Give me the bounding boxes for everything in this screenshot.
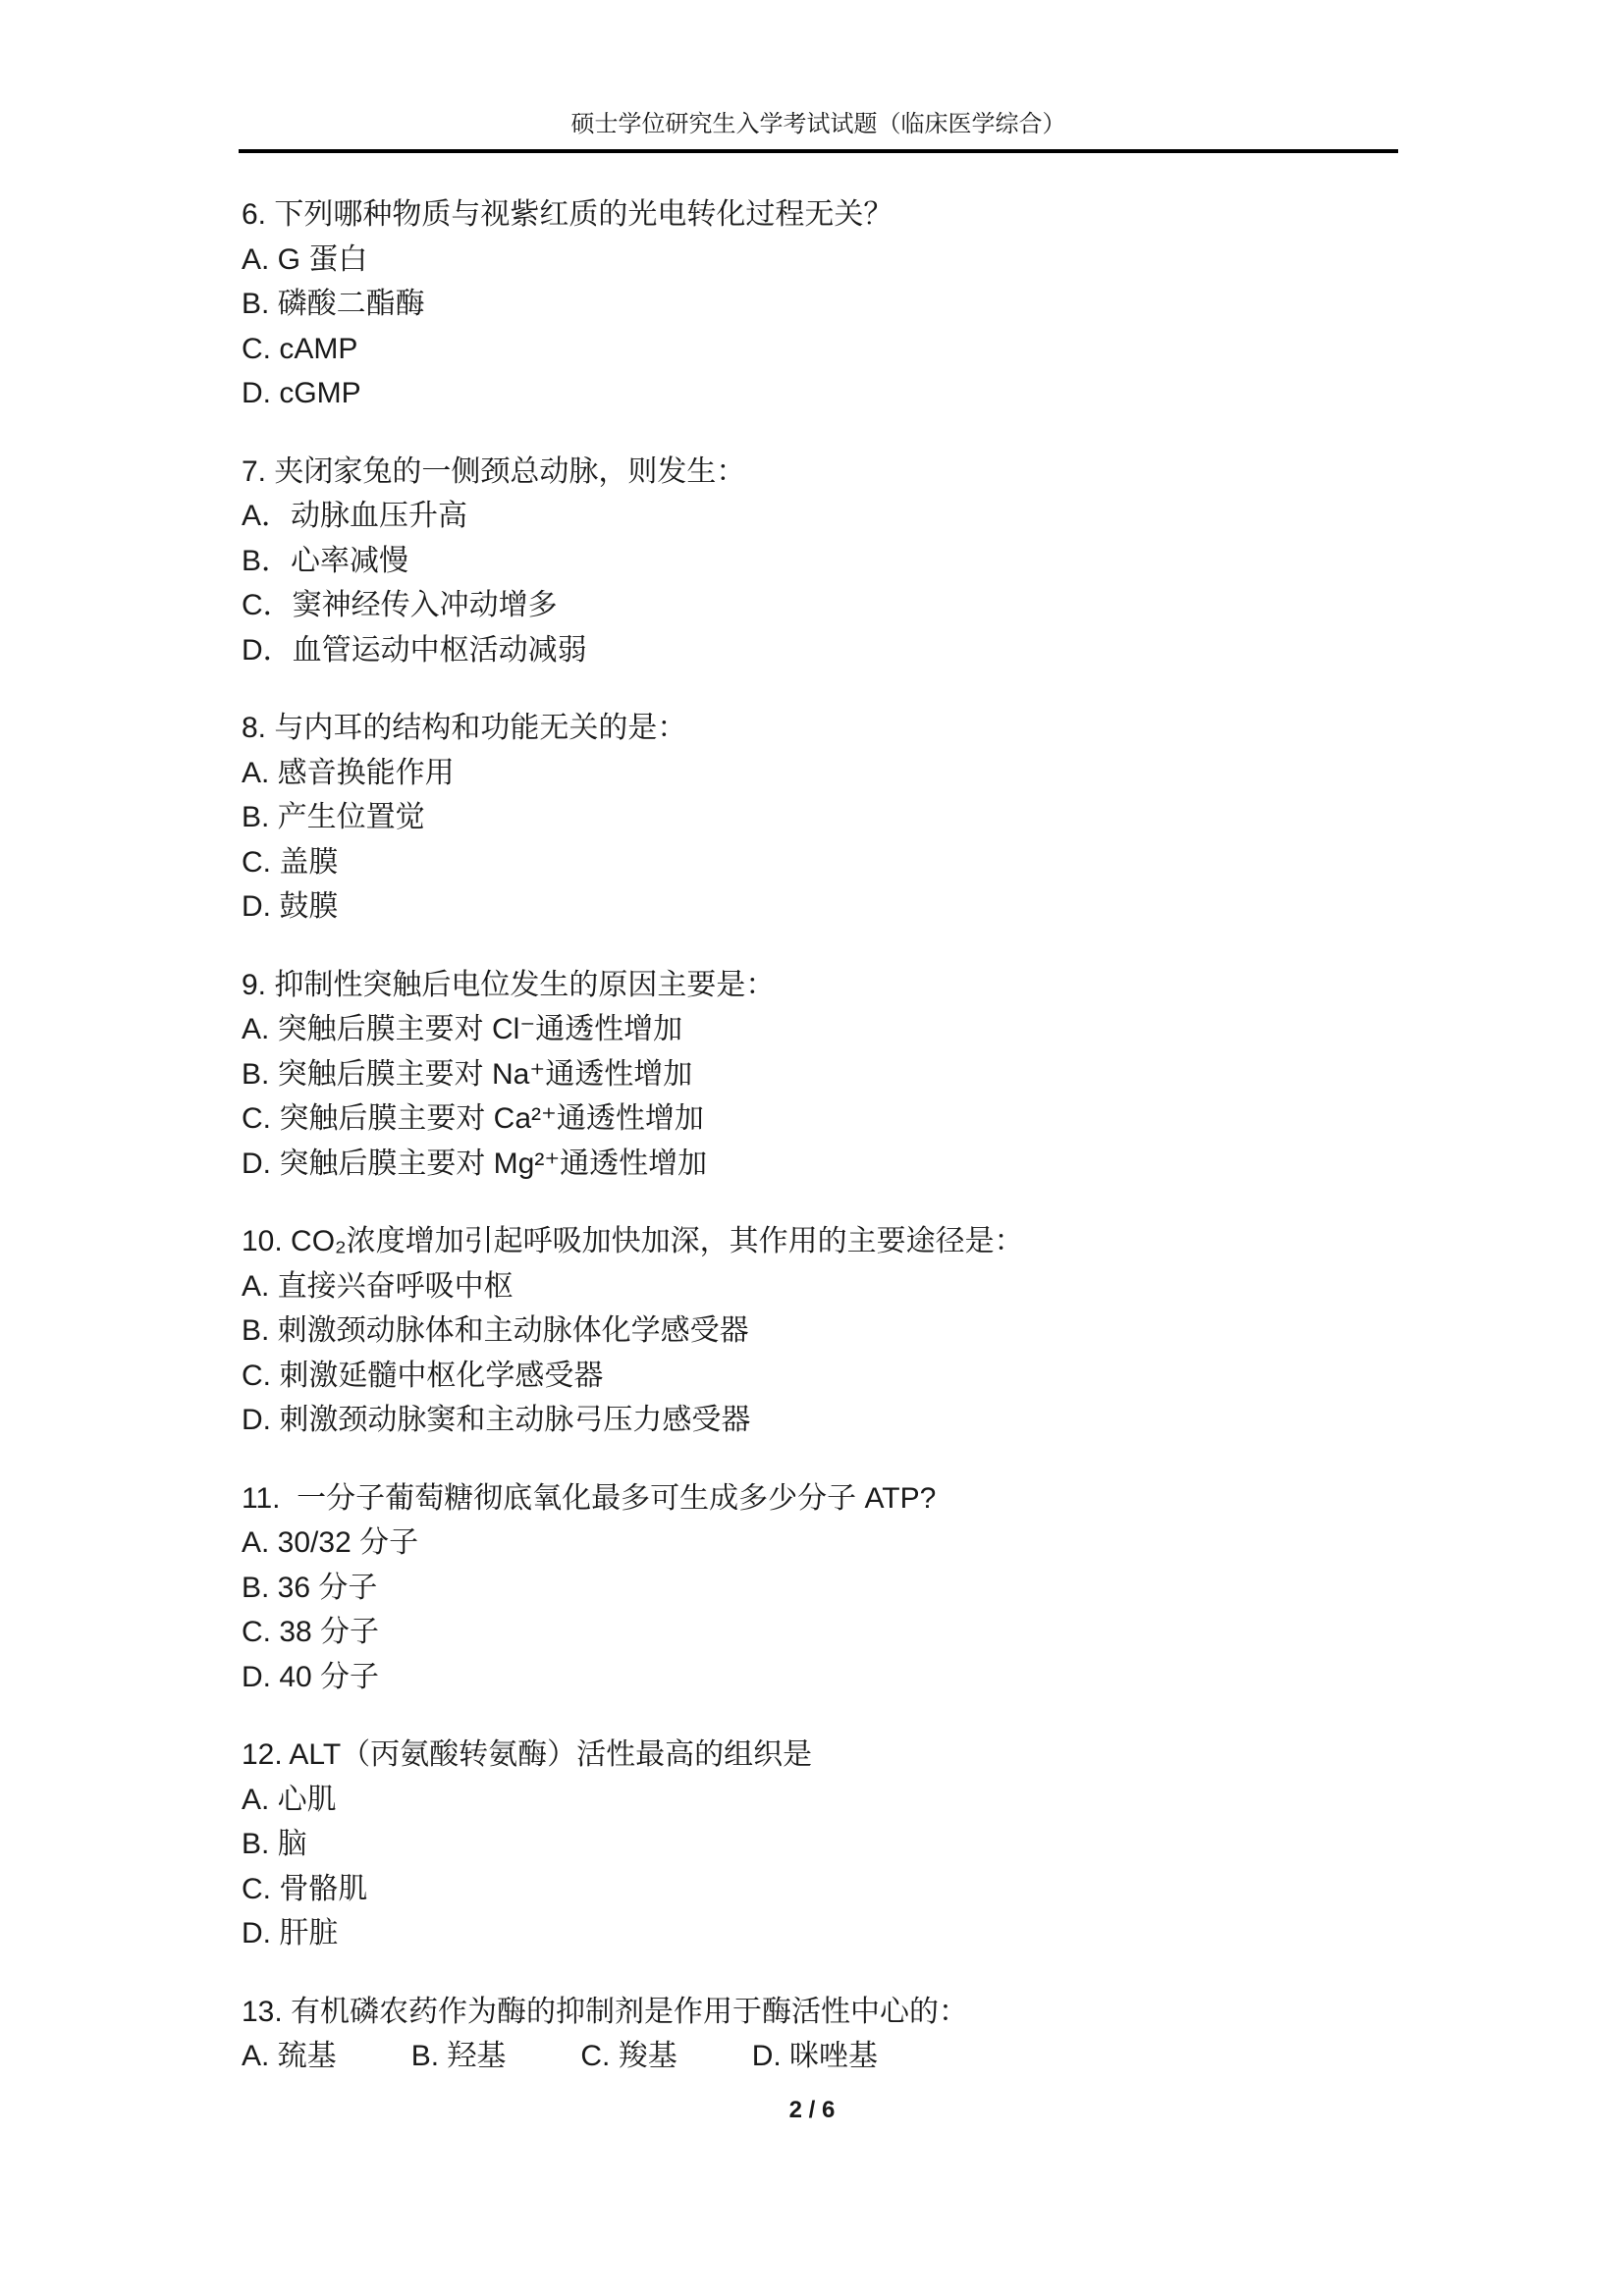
question-11-option-a: A. 30/32 分子 bbox=[242, 1521, 1400, 1566]
question-8-stem: 8. 与内耳的结构和功能无关的是： bbox=[242, 706, 1400, 751]
question-12-option-b: B. 脑 bbox=[242, 1822, 1400, 1867]
question-11-stem: 11. 一分子葡萄糖彻底氧化最多可生成多少分子 ATP? bbox=[242, 1476, 1400, 1522]
exam-title: 硕士学位研究生入学考试试题（临床医学综合） bbox=[239, 0, 1398, 149]
question-7-option-d: D．血管运动中枢活动减弱 bbox=[242, 628, 1400, 673]
question-9-option-d: D. 突触后膜主要对 Mg²⁺通透性增加 bbox=[242, 1142, 1400, 1187]
question-11-option-c: C. 38 分子 bbox=[242, 1610, 1400, 1655]
page-number: 2 / 6 bbox=[0, 2097, 1624, 2124]
question-12-option-a: A. 心肌 bbox=[242, 1778, 1400, 1823]
question-12-stem: 12. ALT（丙氨酸转氨酶）活性最高的组织是 bbox=[242, 1733, 1400, 1778]
question-7-option-a: A．动脉血压升高 bbox=[242, 494, 1400, 539]
question-10-option-b: B. 刺激颈动脉体和主动脉体化学感受器 bbox=[242, 1308, 1400, 1354]
question-10-stem: 10. CO₂浓度增加引起呼吸加快加深，其作用的主要途径是： bbox=[242, 1219, 1400, 1264]
question-12: 12. ALT（丙氨酸转氨酶）活性最高的组织是 A. 心肌 B. 脑 C. 骨骼… bbox=[242, 1733, 1400, 1956]
question-9-option-a: A. 突触后膜主要对 Cl⁻通透性增加 bbox=[242, 1007, 1400, 1052]
page-header: 硕士学位研究生入学考试试题（临床医学综合） bbox=[239, 0, 1398, 153]
question-6: 6. 下列哪种物质与视紫红质的光电转化过程无关？ A. G 蛋白 B. 磷酸二酯… bbox=[242, 192, 1400, 416]
question-11: 11. 一分子葡萄糖彻底氧化最多可生成多少分子 ATP? A. 30/32 分子… bbox=[242, 1476, 1400, 1700]
question-6-option-a: A. G 蛋白 bbox=[242, 238, 1400, 283]
question-12-option-c: C. 骨骼肌 bbox=[242, 1867, 1400, 1912]
question-11-option-d: D. 40 分子 bbox=[242, 1655, 1400, 1700]
question-7-option-c: C．窦神经传入冲动增多 bbox=[242, 583, 1400, 628]
question-10-option-a: A. 直接兴奋呼吸中枢 bbox=[242, 1264, 1400, 1309]
exam-page: 硕士学位研究生入学考试试题（临床医学综合） 6. 下列哪种物质与视紫红质的光电转… bbox=[0, 0, 1624, 2296]
question-7-option-b: B．心率减慢 bbox=[242, 539, 1400, 584]
question-8-option-c: C. 盖膜 bbox=[242, 840, 1400, 885]
questions-area: 6. 下列哪种物质与视紫红质的光电转化过程无关？ A. G 蛋白 B. 磷酸二酯… bbox=[242, 192, 1400, 2112]
question-10-option-c: C. 刺激延髓中枢化学感受器 bbox=[242, 1354, 1400, 1399]
question-6-option-b: B. 磷酸二酯酶 bbox=[242, 282, 1400, 327]
question-8: 8. 与内耳的结构和功能无关的是： A. 感音换能作用 B. 产生位置觉 C. … bbox=[242, 706, 1400, 930]
question-11-option-b: B. 36 分子 bbox=[242, 1566, 1400, 1611]
question-13-option-d: D. 咪唑基 bbox=[752, 2034, 878, 2079]
question-13: 13. 有机磷农药作为酶的抑制剂是作用于酶活性中心的： A. 巯基 B. 羟基 … bbox=[242, 1990, 1400, 2079]
question-13-option-b: B. 羟基 bbox=[411, 2034, 507, 2079]
question-13-options: A. 巯基 B. 羟基 C. 羧基 D. 咪唑基 bbox=[242, 2034, 1400, 2079]
question-8-option-d: D. 鼓膜 bbox=[242, 884, 1400, 930]
question-8-option-a: A. 感音换能作用 bbox=[242, 751, 1400, 796]
question-6-option-c: C. cAMP bbox=[242, 327, 1400, 372]
header-divider bbox=[239, 149, 1398, 153]
question-9-stem: 9. 抑制性突触后电位发生的原因主要是： bbox=[242, 963, 1400, 1008]
question-6-stem: 6. 下列哪种物质与视紫红质的光电转化过程无关？ bbox=[242, 192, 1400, 238]
question-10: 10. CO₂浓度增加引起呼吸加快加深，其作用的主要途径是： A. 直接兴奋呼吸… bbox=[242, 1219, 1400, 1443]
question-12-option-d: D. 肝脏 bbox=[242, 1911, 1400, 1956]
question-9: 9. 抑制性突触后电位发生的原因主要是： A. 突触后膜主要对 Cl⁻通透性增加… bbox=[242, 963, 1400, 1187]
question-7-stem: 7. 夹闭家兔的一侧颈总动脉，则发生： bbox=[242, 450, 1400, 495]
question-9-option-b: B. 突触后膜主要对 Na⁺通透性增加 bbox=[242, 1052, 1400, 1097]
question-13-option-c: C. 羧基 bbox=[580, 2034, 677, 2079]
question-13-stem: 13. 有机磷农药作为酶的抑制剂是作用于酶活性中心的： bbox=[242, 1990, 1400, 2035]
question-7: 7. 夹闭家兔的一侧颈总动脉，则发生： A．动脉血压升高 B．心率减慢 C．窦神… bbox=[242, 450, 1400, 673]
question-6-option-d: D. cGMP bbox=[242, 371, 1400, 416]
question-9-option-c: C. 突触后膜主要对 Ca²⁺通透性增加 bbox=[242, 1096, 1400, 1142]
question-10-option-d: D. 刺激颈动脉窦和主动脉弓压力感受器 bbox=[242, 1398, 1400, 1443]
question-8-option-b: B. 产生位置觉 bbox=[242, 795, 1400, 840]
question-13-option-a: A. 巯基 bbox=[242, 2034, 337, 2079]
